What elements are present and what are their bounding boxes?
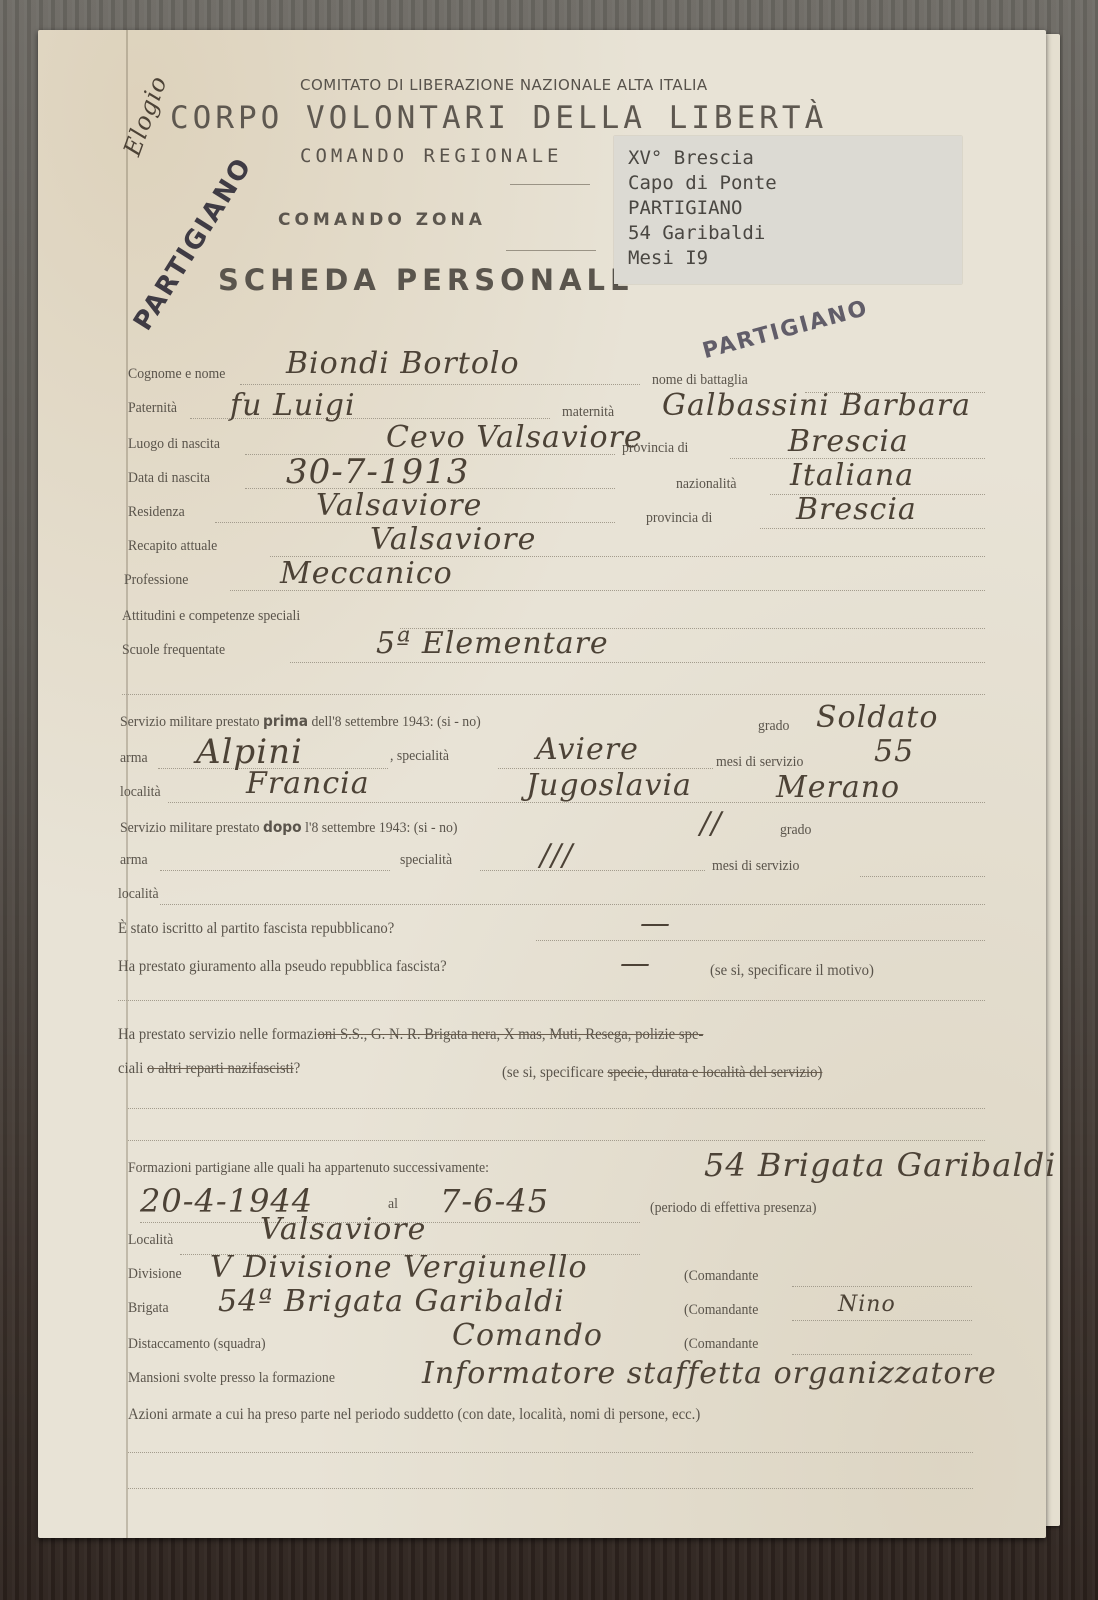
nationality-value: Italiana — [790, 458, 914, 493]
typed-line-command: XV° Brescia — [628, 146, 962, 171]
zone-command-label: COMANDO ZONA — [278, 210, 486, 230]
paternity-value: fu Luigi — [230, 388, 356, 423]
location-value-2: Jugoslavia — [526, 768, 692, 803]
address-value: Valsaviore — [370, 522, 536, 557]
rank-value: Soldato — [816, 700, 938, 735]
oath-question: Ha prestato giuramento alla pseudo repub… — [118, 958, 447, 976]
residence-province-value: Brescia — [796, 492, 917, 527]
brigade-label: Brigata — [128, 1300, 169, 1317]
divider — [506, 250, 596, 251]
schools-label: Scuole frequentate — [122, 642, 225, 659]
duties-value: Informatore staffetta organizzatore — [422, 1356, 997, 1391]
typed-label-slip: XV° Brescia Capo di Ponte PARTIGIANO 54 … — [614, 136, 962, 284]
duties-label: Mansioni svolte presso la formazione — [128, 1370, 335, 1387]
military-after-answer: // — [700, 806, 722, 841]
partisan-location-label: Località — [128, 1232, 173, 1249]
birthplace-label: Luogo di nascita — [128, 436, 220, 453]
address-label: Recapito attuale — [128, 538, 217, 555]
detachment-label: Distaccamento (squadra) — [128, 1336, 266, 1353]
oath-answer: — — [620, 946, 651, 981]
birth-province-value: Brescia — [788, 424, 909, 459]
period-to: 7-6-45 — [440, 1182, 549, 1220]
location-value-1: Francia — [246, 766, 370, 801]
service-question-line1: Ha prestato servizio nelle formazioni S.… — [118, 1026, 703, 1044]
maternity-label: maternità — [562, 404, 614, 421]
brigade-value: 54ª Brigata Garibaldi — [218, 1284, 565, 1319]
brigade-commander-label: (Comandante — [684, 1302, 758, 1319]
detachment-commander-label: (Comandante — [684, 1336, 758, 1353]
partisan-location-value: Valsaviore — [260, 1212, 426, 1247]
regional-command-label: COMANDO REGIONALE — [300, 145, 562, 167]
specialty-label: , specialità — [390, 748, 449, 765]
service-note: (se si, specificare specie, durata e loc… — [502, 1064, 822, 1082]
schools-value: 5ª Elementare — [376, 626, 609, 661]
after-specialty-value: /// — [540, 838, 573, 873]
paternity-label: Paternità — [128, 400, 177, 417]
typed-line-months: Mesi I9 — [628, 246, 962, 271]
division-label: Divisione — [128, 1266, 182, 1283]
division-value: V Divisione Vergiunello — [210, 1250, 588, 1285]
typed-line-status: PARTIGIANO — [628, 196, 962, 221]
formations-value: 54 Brigata Garibaldi — [704, 1146, 1056, 1184]
nationality-label: nazionalità — [676, 476, 737, 493]
typed-line-brigade: 54 Garibaldi — [628, 221, 962, 246]
residence-value: Valsaviore — [316, 488, 482, 523]
corps-heading: CORPO VOLONTARI DELLA LIBERTÀ — [170, 100, 827, 136]
location-value-3: Merano — [776, 770, 900, 805]
maternity-value: Galbassini Barbara — [662, 388, 971, 423]
divider — [510, 184, 590, 185]
fascist-party-question: È stato iscritto al partito fascista rep… — [118, 920, 394, 938]
service-question-line2: ciali o altri reparti nazifascisti? — [118, 1060, 300, 1078]
after-location-label: località — [118, 886, 159, 903]
rank-label: grado — [758, 718, 789, 735]
military-before-label: Servizio militare prestato prima dell'8 … — [120, 712, 481, 731]
birthdate-label: Data di nascita — [128, 470, 210, 487]
residence-label: Residenza — [128, 504, 185, 521]
form-title: SCHEDA PERSONALE — [218, 263, 635, 297]
division-commander-label: (Comandante — [684, 1268, 758, 1285]
after-arm-label: arma — [120, 852, 148, 869]
period-note: (periodo di effettiva presenza) — [650, 1200, 816, 1217]
after-months-label: mesi di servizio — [712, 858, 799, 875]
period-separator: al — [388, 1196, 398, 1213]
profession-label: Professione — [124, 572, 188, 589]
committee-heading: COMITATO DI LIBERAZIONE NAZIONALE ALTA I… — [300, 76, 708, 94]
detachment-value: Comando — [452, 1318, 603, 1353]
formations-label: Formazioni partigiane alle quali ha appa… — [128, 1160, 489, 1177]
birth-province-label: provincia di — [622, 440, 688, 457]
arm-label: arma — [120, 750, 148, 767]
oath-note: (se si, specificare il motivo) — [710, 962, 874, 980]
brigade-commander-value: Nino — [838, 1292, 896, 1317]
after-specialty-label: specialità — [400, 852, 452, 869]
armed-actions-label: Azioni armate a cui ha preso parte nel p… — [128, 1406, 700, 1424]
residence-province-label: provincia di — [646, 510, 712, 527]
birthdate-value: 30-7-1913 — [286, 452, 469, 492]
after-rank-label: grado — [780, 822, 811, 839]
specialty-value: Aviere — [536, 732, 639, 767]
typed-line-location: Capo di Ponte — [628, 171, 962, 196]
surname-name-label: Cognome e nome — [128, 366, 225, 383]
location-label: località — [120, 784, 161, 801]
fascist-party-answer: — — [640, 906, 671, 941]
birthplace-value: Cevo Valsaviore — [386, 420, 643, 455]
battle-name-label: nome di battaglia — [652, 372, 748, 389]
profession-value: Meccanico — [280, 556, 453, 591]
months-label: mesi di servizio — [716, 754, 803, 771]
skills-label: Attitudini e competenze speciali — [122, 608, 300, 625]
surname-name-value: Biondi Bortolo — [286, 346, 520, 381]
military-after-label: Servizio militare prestato dopo l'8 sett… — [120, 818, 457, 837]
months-value: 55 — [874, 734, 914, 769]
